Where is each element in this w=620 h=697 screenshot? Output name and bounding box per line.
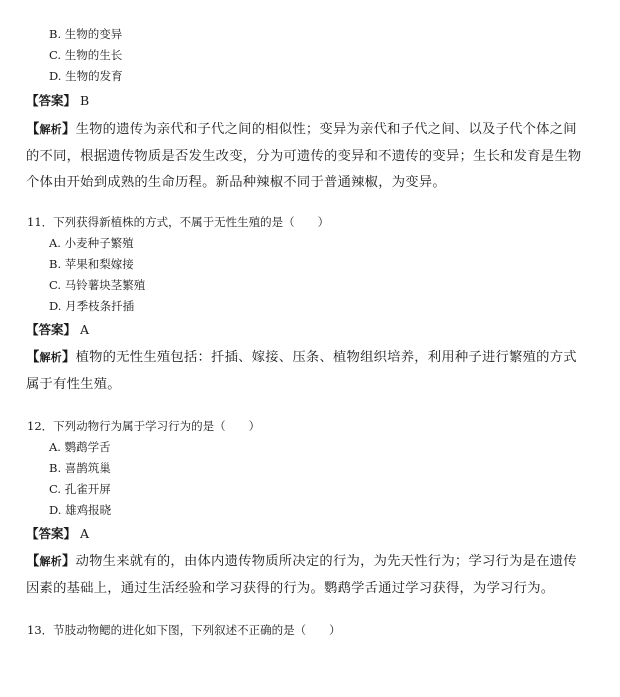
option-label: B. [49,461,61,475]
q11-answer-line: 【答案】 A [26,320,89,338]
option-b: B. 生物的变异 [49,26,122,42]
explanation-tag-close: 】 [62,350,76,365]
option-label: C. [49,48,61,62]
q11-explanation-line-2: 属于有性生殖。 [26,373,121,392]
q12-option-c: C. 孔雀开屏 [49,481,111,497]
option-c: C. 生物的生长 [49,47,122,63]
answer-tag: 【答案】 [26,322,76,337]
question-11-stem: 11．下列获得新植株的方式，不属于无性生殖的是（ ） [27,214,329,230]
explanation-tag-close: 】 [62,554,76,569]
q11-option-a: A. 小麦种子繁殖 [49,235,134,251]
option-text: 生物的发育 [65,69,123,83]
explanation-tag: 解析 [40,123,63,136]
answer-tag: 【答案】 [26,93,76,108]
option-text: 喜鹊筑巢 [65,461,111,475]
option-label: C. [49,278,61,292]
explanation-tag-open: 【 [26,122,40,137]
q11-option-d: D. 月季枝条扦插 [49,298,134,314]
question-13-stem: 13．节肢动物鳃的进化如下图，下列叙述不正确的是（ ） [27,622,341,638]
explanation-text: 生物的遗传为亲代和子代之间的相似性；变异为亲代和子代之间、以及子代个体之间 [76,122,577,137]
answer-value: A [80,322,89,337]
explanation-line-3: 个体由开始到成熟的生命历程。新品种辣椒不同于普通辣椒，为变异。 [26,171,446,190]
option-text: 马铃薯块茎繁殖 [65,278,146,292]
option-label: D. [49,299,61,313]
question-12-stem: 12．下列动物行为属于学习行为的是（ ） [27,418,260,434]
option-text: 生物的生长 [65,48,123,62]
explanation-tag-close: 】 [62,122,76,137]
option-label: A. [49,236,61,250]
explanation-text: 动物生来就有的，由体内遗传物质所决定的行为，为先天性行为；学习行为是在遗传 [76,554,577,569]
option-text: 雄鸡报晓 [65,503,111,517]
option-label: A. [49,440,61,454]
answer-line: 【答案】 B [26,91,89,109]
option-text: 鹦鹉学舌 [65,440,111,454]
q11-option-b: B. 苹果和梨嫁接 [49,256,134,272]
explanation-line-2: 的不同，根据遗传物质是否发生改变，分为可遗传的变异和不遗传的变异；生长和发育是生… [26,145,581,164]
option-label: B. [49,27,61,41]
explanation-line-1: 【解析】生物的遗传为亲代和子代之间的相似性；变异为亲代和子代之间、以及子代个体之… [26,118,577,137]
q12-answer-line: 【答案】 A [26,524,89,542]
q12-option-d: D. 雄鸡报晓 [49,502,111,518]
option-label: B. [49,257,61,271]
option-label: D. [49,503,61,517]
q12-explanation-line-1: 【解析】动物生来就有的，由体内遗传物质所决定的行为，为先天性行为；学习行为是在遗… [26,550,577,569]
answer-value: B [80,93,89,108]
explanation-tag: 解析 [40,555,63,568]
q12-explanation-line-2: 因素的基础上，通过生活经验和学习获得的行为。鹦鹉学舌通过学习获得，为学习行为。 [26,577,554,596]
explanation-tag-open: 【 [26,350,40,365]
option-text: 小麦种子繁殖 [65,236,134,250]
q12-option-b: B. 喜鹊筑巢 [49,460,111,476]
option-text: 苹果和梨嫁接 [65,257,134,271]
q12-option-a: A. 鹦鹉学舌 [49,439,111,455]
option-text: 月季枝条扦插 [65,299,134,313]
option-label: C. [49,482,61,496]
explanation-tag: 解析 [40,351,63,364]
q11-option-c: C. 马铃薯块茎繁殖 [49,277,145,293]
answer-value: A [80,526,89,541]
answer-tag: 【答案】 [26,526,76,541]
explanation-tag-open: 【 [26,554,40,569]
explanation-text: 植物的无性生殖包括：扦插、嫁接、压条、植物组织培养，利用种子进行繁殖的方式 [76,350,577,365]
option-text: 孔雀开屏 [65,482,111,496]
option-d: D. 生物的发育 [49,68,123,84]
q11-explanation-line-1: 【解析】植物的无性生殖包括：扦插、嫁接、压条、植物组织培养，利用种子进行繁殖的方… [26,346,577,365]
option-text: 生物的变异 [65,27,123,41]
option-label: D. [49,69,61,83]
